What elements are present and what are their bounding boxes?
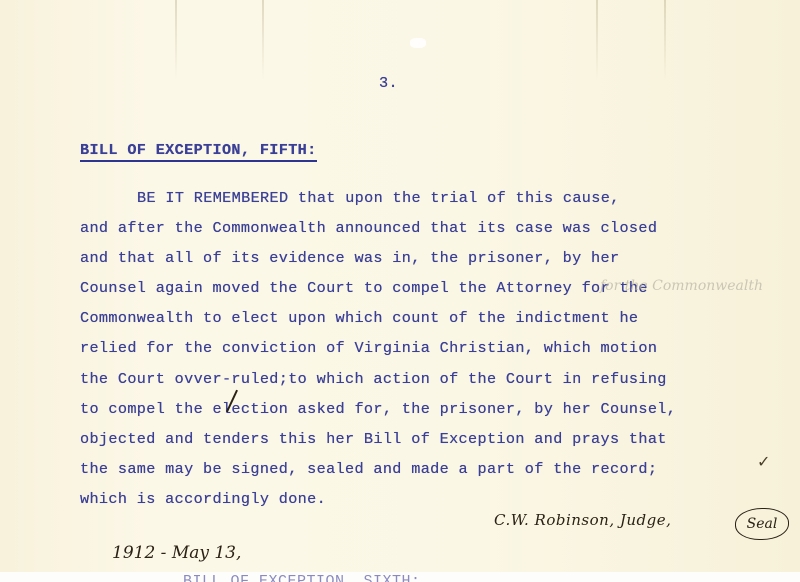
pencil-margin-note: for the Commonwealth	[600, 278, 763, 294]
body-line: the same may be signed, sealed and made …	[80, 460, 657, 478]
paper-blemish	[410, 38, 426, 48]
body-line: Commonwealth to elect upon which count o…	[80, 309, 638, 327]
body-line: and after the Commonwealth announced tha…	[80, 219, 657, 237]
body-line: BE IT REMEMBERED that upon the trial of …	[137, 189, 620, 207]
paper-fold	[262, 0, 264, 80]
document-page: 3. BILL OF EXCEPTION, FIFTH: BE IT REMEM…	[0, 0, 800, 572]
paper-fold	[664, 0, 666, 80]
page-number: 3.	[379, 74, 398, 92]
check-mark-icon: ✓	[757, 452, 770, 471]
body-line: objected and tenders this her Bill of Ex…	[80, 430, 667, 448]
paper-fold	[596, 0, 598, 80]
handwritten-date: 1912 - May 13,	[112, 543, 241, 563]
judge-signature: C.W. Robinson, Judge,	[494, 511, 671, 529]
body-line: to compel the election asked for, the pr…	[80, 400, 676, 418]
body-line: Counsel again moved the Court to compel …	[80, 279, 648, 297]
seal-label: Seal	[747, 516, 778, 532]
body-line: and that all of its evidence was in, the…	[80, 249, 619, 267]
body-line: which is accordingly done.	[80, 490, 326, 508]
body-line: relied for the conviction of Virginia Ch…	[80, 339, 657, 357]
paper-fold	[175, 0, 177, 80]
body-line: the Court ovver-ruled;to which action of…	[80, 370, 667, 388]
cropped-next-page-strip: BILL OF EXCEPTION, SIXTH:	[0, 572, 800, 582]
seal-mark: Seal	[735, 508, 789, 540]
cropped-next-heading: BILL OF EXCEPTION, SIXTH:	[183, 574, 421, 582]
section-heading: BILL OF EXCEPTION, FIFTH:	[80, 141, 317, 162]
